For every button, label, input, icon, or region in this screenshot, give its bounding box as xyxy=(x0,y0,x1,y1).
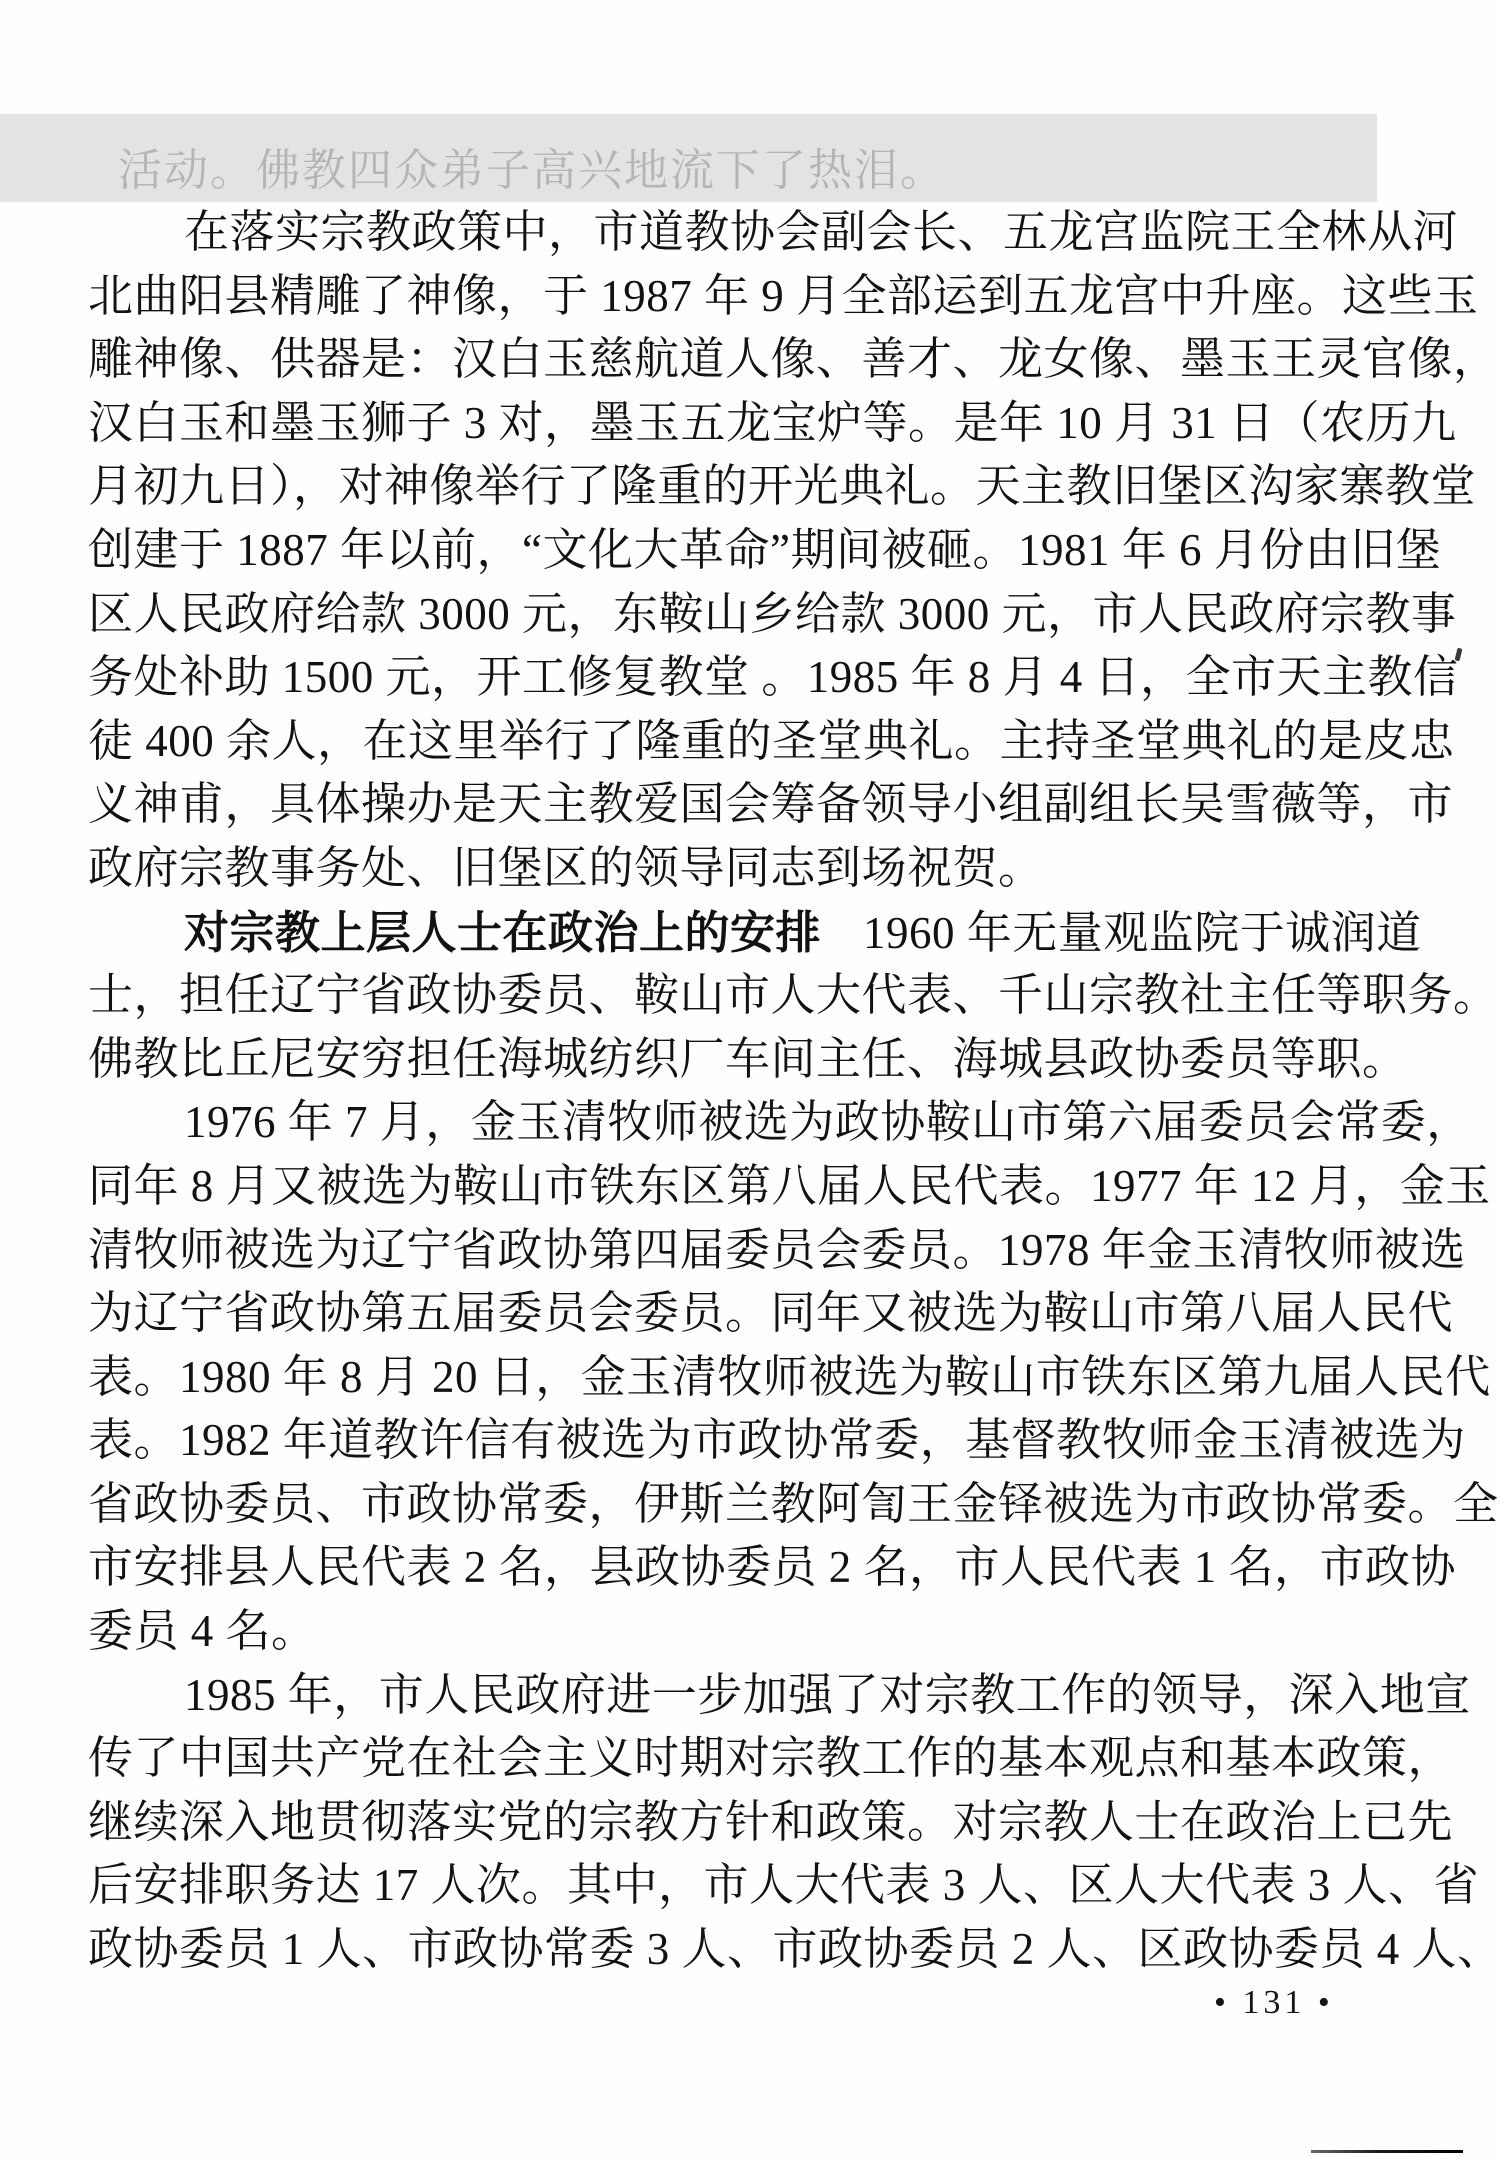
page-number: • 131 • xyxy=(1214,1984,1334,2022)
text-line: 创建于 1887 年以前，“文化大革命”期间被砸。1981 年 6 月份由旧堡 xyxy=(88,519,1472,583)
text-line: 政府宗教事务处、旧堡区的领导同志到场祝贺。 xyxy=(88,837,1472,901)
text-line: 表。1980 年 8 月 20 日，金玉清牧师被选为鞍山市铁东区第九届人民代 xyxy=(88,1346,1472,1410)
text-line: 清牧师被选为辽宁省政协第四届委员会委员。1978 年金玉清牧师被选 xyxy=(88,1219,1472,1283)
scan-artifact-line xyxy=(1311,2150,1463,2153)
text-line: 义神甫，具体操办是天主教爱国会筹备领导小组副组长吴雪薇等，市 xyxy=(88,773,1472,837)
text-line-with-heading: 对宗教上层人士在政治上的安排1960 年无量观监院于诚润道 xyxy=(88,901,1472,965)
inline-section-heading: 对宗教上层人士在政治上的安排 xyxy=(184,907,821,958)
text-line: 1976 年 7 月，金玉清牧师被选为政协鞍山市第六届委员会常委， xyxy=(88,1091,1472,1155)
text-line: 月初九日），对神像举行了隆重的开光典礼。天主教旧堡区沟家寨教堂 xyxy=(88,455,1472,519)
faded-carryover-line: 活动。佛教四众弟子高兴地流下了热泪。 xyxy=(118,134,946,198)
text-line: 在落实宗教政策中，市道教协会副会长、五龙宫监院王全林从河 xyxy=(88,201,1472,265)
scanned-book-page: 活动。佛教四众弟子高兴地流下了热泪。 在落实宗教政策中，市道教协会副会长、五龙宫… xyxy=(0,0,1500,2158)
text-line: 后安排职务达 17 人次。其中，市人大代表 3 人、区人大代表 3 人、省 xyxy=(88,1854,1472,1918)
text-line: 雕神像、供器是：汉白玉慈航道人像、善才、龙女像、墨玉王灵官像， xyxy=(88,328,1472,392)
text-line: 区人民政府给款 3000 元，东鞍山乡给款 3000 元，市人民政府宗教事 xyxy=(88,583,1472,647)
text-line: 为辽宁省政协第五届委员会委员。同年又被选为鞍山市第八届人民代 xyxy=(88,1282,1472,1346)
text-line: 务处补助 1500 元，开工修复教堂 。1985 年 8 月 4 日，全市天主教… xyxy=(88,646,1472,710)
text-line: 汉白玉和墨玉狮子 3 对，墨玉五龙宝炉等。是年 10 月 31 日（农历九 xyxy=(88,392,1472,456)
text-line: 政协委员 1 人、市政协常委 3 人、市政协委员 2 人、区政协委员 4 人、 xyxy=(88,1918,1472,1982)
text-line: 同年 8 月又被选为鞍山市铁东区第八届人民代表。1977 年 12 月，金玉 xyxy=(88,1155,1472,1219)
text-line: 传了中国共产党在社会主义时期对宗教工作的基本观点和基本政策， xyxy=(88,1727,1472,1791)
text-line: 表。1982 年道教许信有被选为市政协常委，基督教牧师金玉清被选为 xyxy=(88,1409,1472,1473)
text-line: 士，担任辽宁省政协委员、鞍山市人大代表、千山宗教社主任等职务。 xyxy=(88,964,1472,1028)
text-line: 北曲阳县精雕了神像，于 1987 年 9 月全部运到五龙宫中升座。这些玉 xyxy=(88,265,1472,329)
carryover-highlight-band: 活动。佛教四众弟子高兴地流下了热泪。 xyxy=(0,114,1377,202)
text-line: 继续深入地贯彻落实党的宗教方针和政策。对宗教人士在政治上已先 xyxy=(88,1791,1472,1855)
text-line: 徒 400 余人，在这里举行了隆重的圣堂典礼。主持圣堂典礼的是皮忠 xyxy=(88,710,1472,774)
text-line: 1985 年，市人民政府进一步加强了对宗教工作的领导，深入地宣 xyxy=(88,1664,1472,1728)
text-line: 省政协委员、市政协常委，伊斯兰教阿訇王金铎被选为市政协常委。全 xyxy=(88,1473,1472,1537)
text-line: 佛教比丘尼安穷担任海城纺织厂车间主任、海城县政协委员等职。 xyxy=(88,1028,1472,1092)
body-text-block: 在落实宗教政策中，市道教协会副会长、五龙宫监院王全林从河 北曲阳县精雕了神像，于… xyxy=(88,201,1472,1982)
text-line: 委员 4 名。 xyxy=(88,1600,1472,1664)
text-span: 1960 年无量观监院于诚润道 xyxy=(863,908,1422,958)
text-line: 市安排县人民代表 2 名，县政协委员 2 名，市人民代表 1 名，市政协 xyxy=(88,1536,1472,1600)
